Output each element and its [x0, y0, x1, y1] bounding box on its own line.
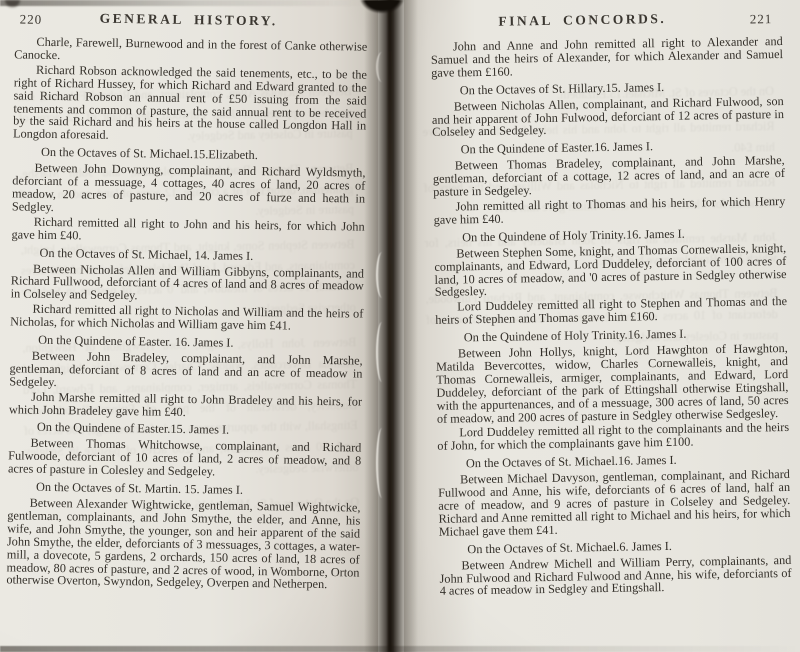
left-page-content: 220 GENERAL HISTORY. Charle, Farewell, B… — [0, 0, 378, 652]
book-gutter-shadow — [364, 0, 418, 652]
page-edge-curl — [376, 52, 388, 82]
paragraph: Between Thomas Bradeley, complainant, an… — [433, 154, 786, 199]
paragraph: Between John Bradeley, complainant, and … — [9, 349, 363, 393]
running-header: GENERAL HISTORY. — [0, 9, 378, 31]
paragraph: Between Thomas Whitchowse, complainant, … — [8, 437, 362, 481]
page-number: 220 — [20, 11, 43, 27]
scan-bottom-edge-shadow — [0, 646, 800, 652]
paragraph: Between John Hollys, knight, Lord Hawght… — [436, 342, 789, 425]
paragraph: Lord Duddeley remitted all right to Step… — [435, 295, 787, 327]
right-page: On the Octaves of St. Michael.15.Elizabe… — [404, 0, 800, 652]
left-page: Between Nicholas Allen, complainant, and… — [0, 0, 378, 652]
page-text-column: Charle, Farewell, Burnewood and in the f… — [6, 33, 367, 592]
running-header: FINAL CONCORDS. — [404, 9, 760, 31]
paragraph: Between John Downyng, complainant, and R… — [12, 162, 366, 219]
paragraph: Between Nicholas Allen, complainant, and… — [432, 95, 785, 140]
paragraph: Lord Duddeley remitted all right to the … — [437, 421, 789, 453]
paragraph: Richard Robson acknowledged the said ten… — [13, 63, 367, 146]
book-scan: { "colors": { "paper": "#e7e5de", "ink":… — [0, 0, 800, 652]
paragraph: Between Nicholas Allen and William Gibby… — [11, 262, 365, 306]
paragraph: Between Andrew Michell and William Perry… — [439, 554, 792, 599]
paragraph: Between Stephen Some, knight, and Thomas… — [434, 242, 787, 299]
page-edge-curl — [376, 252, 388, 298]
paragraph: John and Anne and John remitted all righ… — [431, 35, 784, 80]
scan-top-edge-shadow — [0, 0, 470, 6]
page-text-column: John and Anne and John remitted all righ… — [431, 33, 792, 598]
page-edge-curl — [376, 428, 388, 498]
paragraph: Between Alexander Wightwicke, gentleman,… — [6, 496, 360, 592]
paragraph: Between Michael Davyson, gentleman, comp… — [438, 468, 791, 538]
paragraph: Richard remitted all right to Nicholas a… — [10, 303, 363, 334]
page-edge-curl — [376, 322, 388, 382]
paragraph: Richard remitted all right to John and h… — [11, 215, 364, 246]
right-page-content: 221 FINAL CONCORDS. John and Anne and Jo… — [404, 0, 800, 652]
paragraph: John Marshe remitted all right to John B… — [9, 390, 362, 421]
paragraph: Charle, Farewell, Burnewood and in the f… — [14, 35, 367, 66]
paragraph: John remitted all right to Thomas and hi… — [433, 195, 785, 227]
page-number: 221 — [750, 11, 773, 27]
gutter-core-shadow — [388, 0, 392, 652]
